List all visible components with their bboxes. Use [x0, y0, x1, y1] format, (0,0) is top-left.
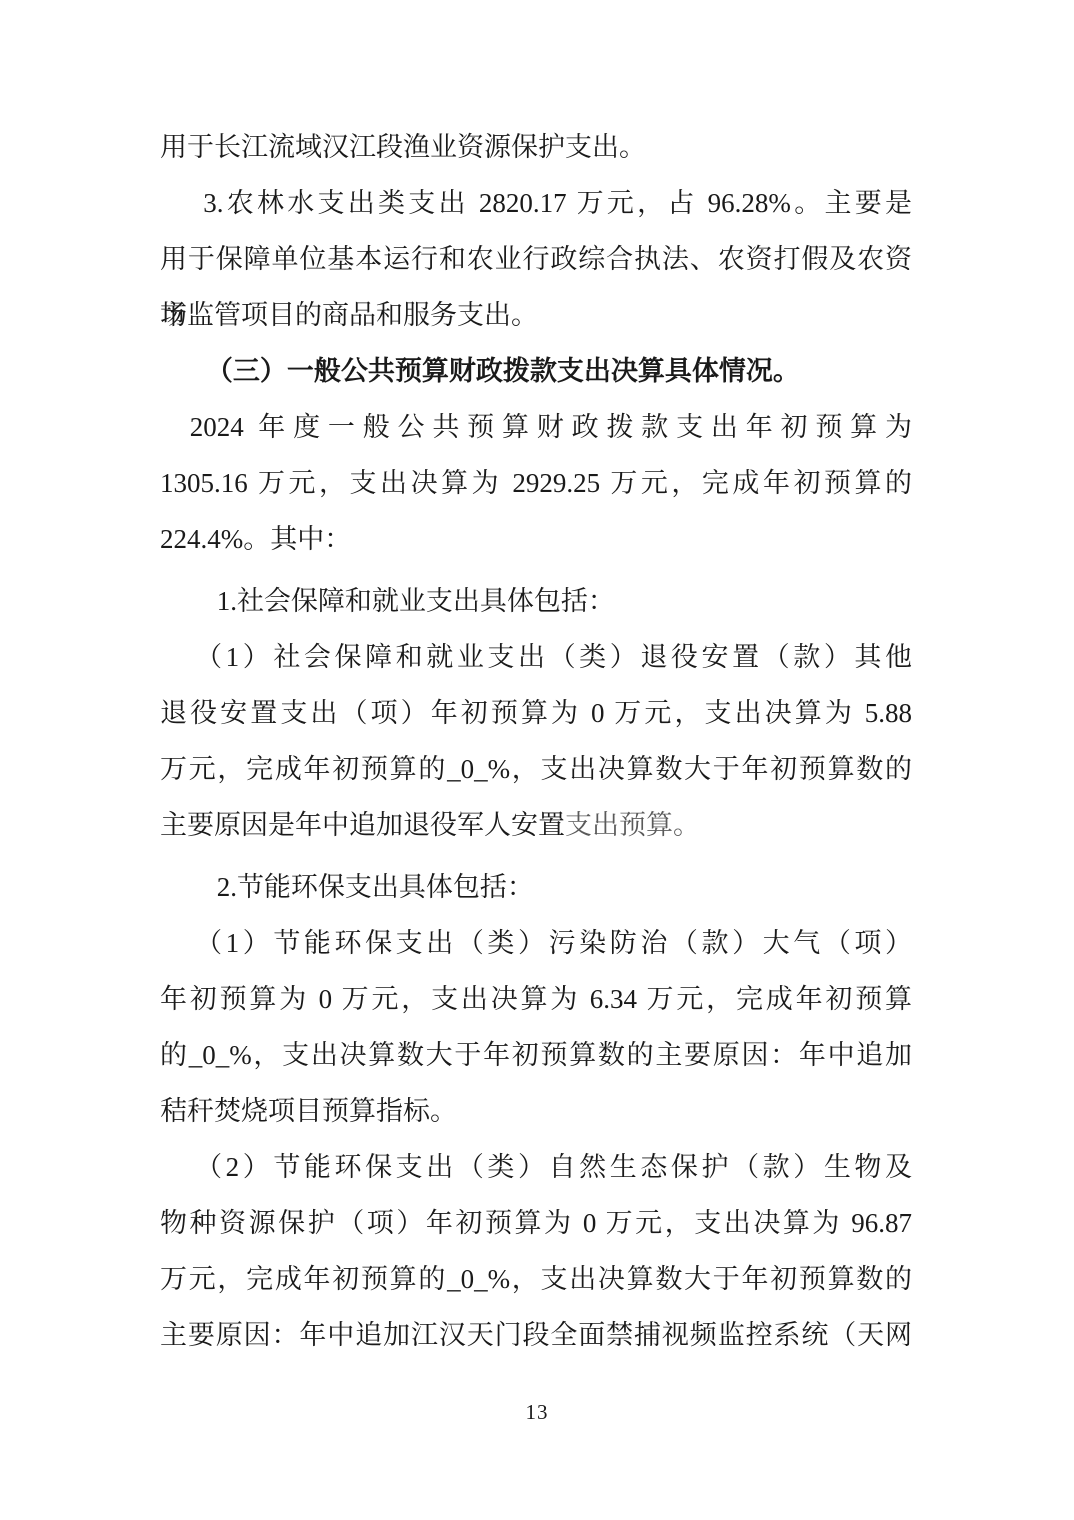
text-line: 秸秆焚烧项目预算指标。 [160, 1083, 912, 1139]
text-line: （1）节能环保支出（类）污染防治（款）大气（项） [160, 915, 912, 971]
text-line: 退役安置支出（项）年初预算为 0 万元，支出决算为 5.88 [160, 685, 912, 741]
text-line: 主要原因：年中追加江汉天门段全面禁捕视频监控系统（天网 [160, 1307, 912, 1363]
text-line: 万元，完成年初预算的_0_%，支出决算数大于年初预算数的 [160, 1251, 912, 1307]
text-line: 3.农林水支出类支出 2820.17 万元，占 96.28%。主要是 [160, 175, 912, 231]
text-line: 1305.16 万元，支出决算为 2929.25 万元，完成年初预算的 [160, 455, 912, 511]
document-page: 用于长江流域汉江段渔业资源保护支出。3.农林水支出类支出 2820.17 万元，… [0, 0, 1074, 1520]
page-number: 13 [526, 1400, 549, 1424]
text-segment: 主要原因是年中追加退役军人安置 [160, 810, 565, 840]
text-line: （1）社会保障和就业支出（类）退役安置（款）其他 [160, 629, 912, 685]
page-footer: 13 [0, 1400, 1074, 1425]
muted-text: 支出预算。 [565, 810, 700, 840]
text-line: 2024 年度一般公共预算财政拨款支出年初预算为 [160, 399, 912, 455]
text-line: 年初预算为 0 万元，支出决算为 6.34 万元，完成年初预算 [160, 971, 912, 1027]
text-line: （2）节能环保支出（类）自然生态保护（款）生物及 [160, 1139, 912, 1195]
text-line: 万元，完成年初预算的_0_%，支出决算数大于年初预算数的 [160, 741, 912, 797]
text-line: 2.节能环保支出具体包括： [160, 859, 912, 915]
text-line: 的_0_%，支出决算数大于年初预算数的主要原因：年中追加 [160, 1027, 912, 1083]
text-line: 用于保障单位基本运行和农业行政综合执法、农资打假及农资市 [160, 231, 912, 287]
text-line: 用于长江流域汉江段渔业资源保护支出。 [160, 119, 912, 175]
text-line: 场监管项目的商品和服务支出。 [160, 287, 912, 343]
document-body: 用于长江流域汉江段渔业资源保护支出。3.农林水支出类支出 2820.17 万元，… [160, 119, 912, 1363]
text-line: 主要原因是年中追加退役军人安置支出预算。 [160, 797, 912, 853]
text-line: 物种资源保护（项）年初预算为 0 万元，支出决算为 96.87 [160, 1195, 912, 1251]
text-line: 1.社会保障和就业支出具体包括： [160, 573, 912, 629]
section-heading: （三）一般公共预算财政拨款支出决算具体情况。 [160, 343, 912, 399]
text-line: 224.4%。其中： [160, 511, 912, 567]
